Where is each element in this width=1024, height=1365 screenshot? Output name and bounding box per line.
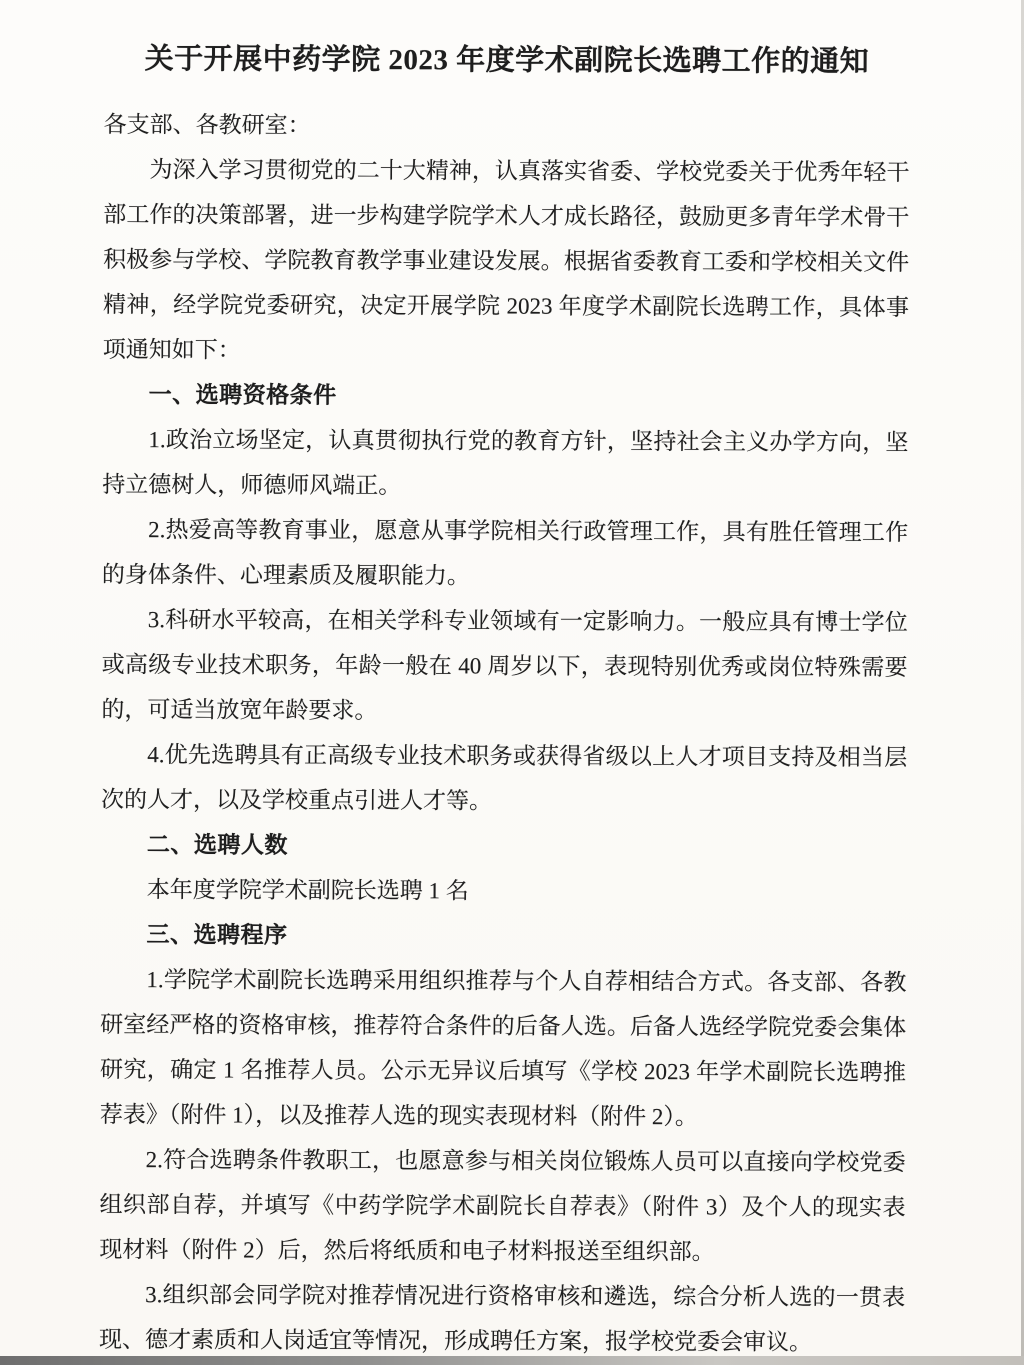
qualification-clause-1: 1.政治立场坚定，认真贯彻执行党的教育方针，坚持社会主义办学方向，坚持立德树人，… (102, 417, 908, 510)
salutation: 各支部、各教研室： (104, 102, 910, 150)
qualification-clause-2: 2.热爱高等教育事业，愿意从事学院相关行政管理工作，具有胜任管理工作的身体条件、… (102, 507, 908, 600)
procedure-clause-3: 3.组织部会同学院对推荐情况进行资格审核和遴选，综合分析人选的一贯表现、德才素质… (99, 1272, 905, 1365)
intro-paragraph: 为深入学习贯彻党的二十大精神，认真落实省委、学校党委关于优秀年轻干部工作的决策部… (103, 147, 910, 375)
section-heading-headcount: 二、选聘人数 (101, 822, 907, 870)
qualification-clause-3: 3.科研水平较高，在相关学科专业领域有一定影响力。一般应具有博士学位或高级专业技… (101, 597, 908, 735)
procedure-clause-1: 1.学院学术副院长选聘采用组织推荐与个人自荐相结合方式。各支部、各教研室经严格的… (100, 957, 907, 1140)
section-heading-procedure: 三、选聘程序 (100, 912, 906, 960)
document-title: 关于开展中药学院 2023 年度学术副院长选聘工作的通知 (104, 38, 910, 83)
scan-edge-bottom (0, 1356, 1024, 1365)
document-body: 关于开展中药学院 2023 年度学术副院长选聘工作的通知 各支部、各教研室： 为… (99, 38, 910, 1365)
qualification-clause-4: 4.优先选聘具有正高级专业技术职务或获得省级以上人才项目支持及相当层次的人才，以… (101, 732, 907, 825)
headcount-statement: 本年度学院学术副院长选聘 1 名 (101, 867, 907, 915)
procedure-clause-2: 2.符合选聘条件教职工，也愿意参与相关岗位锻炼人员可以直接向学校党委组织部自荐，… (99, 1137, 906, 1275)
scanned-notice-page: 关于开展中药学院 2023 年度学术副院长选聘工作的通知 各支部、各教研室： 为… (0, 0, 1024, 1365)
section-heading-qualifications: 一、选聘资格条件 (103, 372, 909, 420)
